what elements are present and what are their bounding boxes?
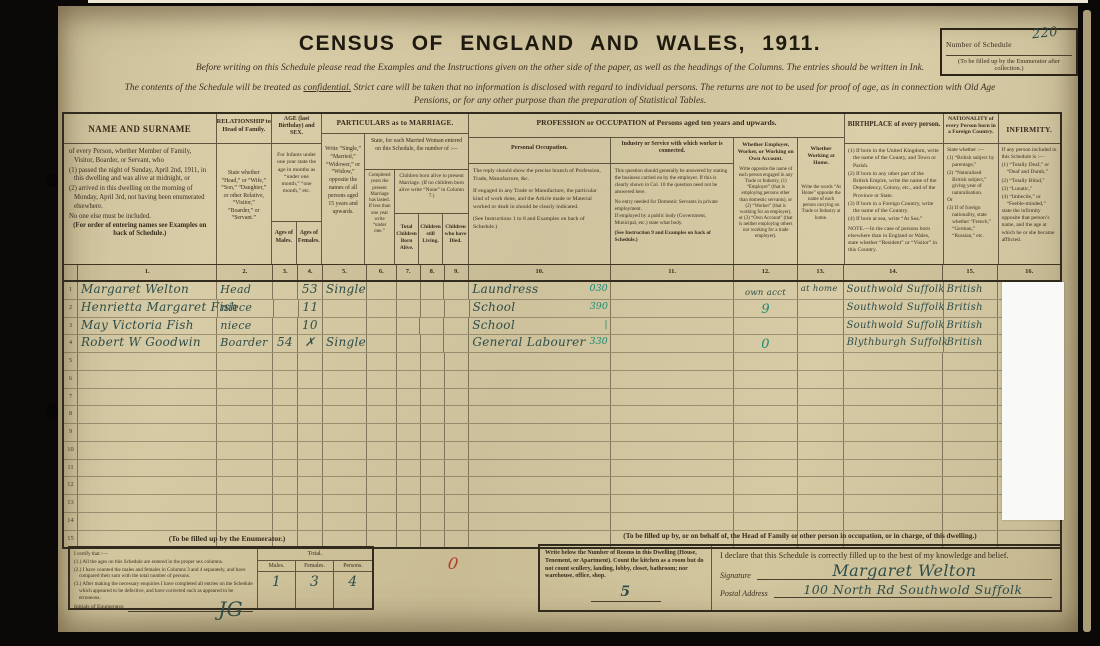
occupation-cell [469,371,610,388]
marriage-cell [323,460,367,477]
profession-group-body: Personal Occupation. The reply should sh… [469,138,844,264]
name-cell [78,389,217,406]
row-number: 13 [64,495,78,512]
rooms-value: 5 [591,583,661,602]
marriage-cell [323,424,367,441]
industry-cell [611,495,734,512]
children-living-cell [421,460,445,477]
children-born-cell [397,353,421,370]
birthplace-title: BIRTHPLACE of every person. [845,114,943,144]
name-cell [78,353,217,370]
table-row: 4 Robert W Goodwin Boarder 54 ✗ Single G… [64,335,1060,353]
relationship-cell [217,371,273,388]
column-number: 7. [397,265,421,280]
at-home-cell [798,371,844,388]
marriage-years-cell [367,389,397,406]
certify-intro: I certify that :— [74,551,253,558]
infirmity-item4: (4) “Imbecile,” or “Feeble-minded,” [1002,194,1057,208]
birthplace-cell: Southwold Suffolk [844,300,944,317]
name-column-desc: of every Person, whether Member of Famil… [64,144,216,264]
age-male-cell [273,318,298,335]
birthplace-cell [844,371,944,388]
children-died-cell [445,371,470,388]
children-living-cell [421,282,445,299]
employer-cell: own acct [734,282,798,299]
name-cell [78,477,217,494]
age-male-cell [273,477,298,494]
age-female-cell: 10 [298,318,323,335]
row-number: 10 [64,442,78,459]
children-born-cell [397,513,421,530]
relationship-cell [217,353,273,370]
marriage-right-group: State, for each Married Woman entered on… [365,134,468,264]
occupation-code: | [604,318,607,335]
age-sex-subcolumns: Ages of Males. Ages of Females. [272,222,321,264]
employer-cell [734,389,798,406]
confidential-underlined: confidential. [303,83,351,93]
name-cell [78,495,217,512]
birthplace-item1: (1) If born in the United Kingdom, write… [848,148,940,170]
persons-label: Persons. [334,561,372,572]
relationship-cell [217,513,273,530]
age-female-cell [298,442,323,459]
industry-desc-3: If employed by a public body (Government… [615,213,730,227]
age-column-desc: For Infants under one year state the age… [272,144,321,222]
relationship-column-title: RELATIONSHIP to Head of Family. [217,114,271,144]
age-male-cell [273,353,298,370]
employer-mark: 9 [761,302,769,317]
at-home-cell [798,406,844,423]
employer-cell [734,460,798,477]
age-female-cell [298,424,323,441]
employer-cell [734,442,798,459]
relationship-column-header: RELATIONSHIP to Head of Family. State wh… [217,114,272,264]
name-cell [78,406,217,423]
marriage-cell [323,477,367,494]
employer-cell [734,353,798,370]
industry-cell [611,477,734,494]
nationality-item2: (2) “Naturalised British subject,” givin… [947,170,994,198]
children-died-label: Children who have Died. [443,214,468,264]
at-home-cell [798,353,844,370]
industry-desc-2: No entry needed for Domestic Servants in… [615,199,730,213]
industry-title: Industry or Service with which worker is… [611,138,734,164]
occupation-cell [469,477,610,494]
infirmity-item2: (2) “Totally Blind,” [1002,178,1057,185]
row-number: 6 [64,371,78,388]
children-living-cell [421,495,445,512]
marriage-cell [323,513,367,530]
signature-rule: Margaret Welton [757,563,1052,580]
children-died-cell [445,513,470,530]
children-group-desc: Children born alive to present Marriage.… [395,170,468,214]
birthplace-cell: Blythburgh Suffolk [844,335,944,352]
age-male-cell: 54 [273,335,298,352]
table-row: 8 [64,406,1060,424]
employer-title: Whether Employer, Worker, or Working on … [737,142,794,163]
totals-labels: Males. Females. Persons. [258,561,372,572]
nationality-column-header: NATIONALITY of every Person born in a Fo… [944,114,998,264]
marriage-subcolumns: Completed years the present Marriage has… [365,170,468,264]
birthplace-cell [844,513,944,530]
persons-total: 4 [334,572,372,608]
infirmity-title: INFIRMITY. [999,114,1060,144]
occupation-cell [469,460,610,477]
at-home-desc: Write the words “At Home” opposite the n… [801,171,841,222]
age-female-cell [298,477,323,494]
industry-cell [611,335,734,352]
at-home-cell [798,513,844,530]
column-number: 3. [273,265,298,280]
totals-table: Total. Males. Females. Persons. 1 3 4 [258,548,372,608]
age-male-cell [273,442,298,459]
birthplace-cell [844,442,944,459]
table-row: 13 [64,495,1060,513]
at-home-cell [798,460,844,477]
nationality-cell [943,389,998,406]
at-home-cell: at home [798,282,844,299]
at-home-cell [798,389,844,406]
marriage-years-label: Completed years the present Marriage has… [365,170,395,264]
column-number: 11. [611,265,735,280]
marriage-group-title: PARTICULARS as to MARRIAGE. [322,114,468,134]
children-born-cell [397,495,421,512]
rooms-text: Write below the Number of Rooms in this … [545,550,704,579]
table-row: 10 [64,442,1060,460]
children-living-cell [421,531,445,548]
industry-cell [611,318,734,335]
marriage-years-cell [367,282,397,299]
marriage-single-desc: Write “Single,” “Married,” “Widower,” or… [322,134,365,264]
age-male-cell [273,513,298,530]
marriage-cell [323,442,367,459]
initials-label: Initials of Enumerator. [74,604,125,611]
census-form-page: 220 Number of Schedule (To be filled up … [58,6,1078,632]
employer-cell [734,513,798,530]
at-home-header: Whether Working at Home. Write the words… [798,138,844,264]
industry-cell [611,282,734,299]
relationship-cell [217,477,273,494]
column-number: 5. [323,265,367,280]
age-male-cell [273,495,298,512]
row-number: 11 [64,460,78,477]
employer-mark: 0 [761,337,769,352]
declaration-text: I declare that this Schedule is correctl… [720,551,1052,560]
industry-cell [611,389,734,406]
signature-row: Signature Margaret Welton [720,563,1052,580]
intro-line-1: Before writing on this Schedule please r… [88,63,1032,73]
children-born-cell [397,389,421,406]
married-woman-desc: State, for each Married Woman entered on… [365,134,468,170]
age-female-cell [298,353,323,370]
nationality-cell: British [944,318,999,335]
name-desc-intro: of every Person, whether Member of Famil… [69,148,211,166]
nationality-item3: (3) If of foreign nationality, state whe… [947,205,994,239]
birthplace-column-header: BIRTHPLACE of every person. (1) If born … [845,114,944,264]
occupation-code: 330 [590,335,608,352]
industry-desc: This question should generally be answer… [611,164,734,248]
females-total: 3 [296,572,334,608]
industry-cell [611,371,734,388]
enumerator-initials: JG [218,596,243,622]
row-number: 9 [64,424,78,441]
children-living-cell [421,424,445,441]
redaction-overlay [1002,282,1064,520]
birthplace-cell: Southwold Suffolk [844,282,944,299]
at-home-cell [798,424,844,441]
employer-cell [734,406,798,423]
employer-text: own acct [745,288,786,298]
employer-desc: Write opposite the name of each person e… [737,167,794,241]
children-born-cell [397,460,421,477]
infirmity-item1: (1) “Totally Deaf,” or “Deaf and Dumb,” [1002,162,1057,176]
birthplace-cell [844,477,944,494]
employer-header: Whether Employer, Worker, or Working on … [734,138,798,264]
birthplace-cell [844,460,944,477]
nationality-cell [943,424,998,441]
children-living-cell [421,442,445,459]
birthplace-item3: (3) If born in a Foreign Country, write … [848,201,940,216]
at-home-cell [798,335,844,352]
table-row: 5 [64,353,1060,371]
birthplace-cell [844,406,944,423]
column-number: 2. [217,265,273,280]
census-rows: 1 Margaret Welton Head 53 Single Laundre… [64,282,1060,547]
column-number: 9. [445,265,470,280]
children-died-cell [445,424,470,441]
name-cell: Henrietta Margaret Fish [78,300,218,317]
children-born-cell [397,335,421,352]
children-living-cell [421,477,445,494]
infirmity-intro: If any person included in this Schedule … [1002,147,1057,161]
nationality-title: NATIONALITY of every Person born in a Fo… [944,114,997,144]
infirmity-column-header: INFIRMITY. If any person included in thi… [999,114,1060,264]
age-male-cell [273,460,298,477]
signature-value: Margaret Welton [832,561,976,580]
nationality-cell [943,406,998,423]
row-number: 4 [64,335,78,352]
children-living-cell [421,353,445,370]
relationship-cell [217,442,273,459]
rooms-box: Write below the Number of Rooms in this … [540,546,712,610]
occupation-cell [469,442,610,459]
children-living-cell [421,371,445,388]
nationality-cell [943,460,998,477]
age-male-cell [273,424,298,441]
employer-cell [734,424,798,441]
column-number: 8. [421,265,445,280]
name-cell [78,371,217,388]
children-born-label: Total Children Born Alive. [395,214,419,264]
marriage-cell [323,300,367,317]
name-cell: Margaret Welton [78,282,217,299]
nationality-cell [943,442,998,459]
age-female-cell: ✗ [298,335,323,352]
occupation-cell: School| [469,318,610,335]
table-row: 6 [64,371,1060,389]
industry-cell [611,513,734,530]
enumerator-section-header: (To be filled up by the Enumerator.) [62,534,392,543]
name-column-title: NAME AND SURNAME [64,114,216,144]
column-number: 15. [943,265,998,280]
children-died-cell [444,335,469,352]
personal-occupation-desc: The reply should show the precise branch… [469,164,610,236]
census-scan: 220 Number of Schedule (To be filled up … [0,0,1100,646]
occupation-cell [469,495,610,512]
row-number: 2 [64,300,78,317]
head-section-header: (To be filled up by, or on behalf of, th… [536,532,1064,540]
column-number-row: 1. 2. 3. 4. 5. 6. 7. 8. 9. 10. 11. 12. 1… [64,265,1060,282]
marriage-years-cell [367,318,397,335]
age-female-cell [298,495,323,512]
children-died-cell [445,460,470,477]
infirmity-item3: (3) “Lunatic,” [1002,186,1057,193]
children-born-cell [397,300,421,317]
intro-line-2: The contents of the Schedule will be tre… [118,82,1002,108]
nationality-cell [943,353,998,370]
industry-desc-4: (See Instruction 9 and Examples on back … [615,230,730,244]
declaration-area: I declare that this Schedule is correctl… [712,546,1060,610]
name-cell [78,460,217,477]
marriage-cell [323,318,367,335]
birthplace-desc: (1) If born in the United Kingdom, write… [845,144,943,264]
children-group: Children born alive to present Marriage.… [395,170,468,264]
postal-address-rule: 100 North Rd Southwold Suffolk [774,583,1052,598]
children-born-cell [397,318,421,335]
age-male-cell [273,371,298,388]
children-living-cell [421,335,445,352]
relationship-cell [217,495,273,512]
age-female-cell: 11 [299,300,324,317]
industry-cell [611,353,734,370]
marriage-column-header: PARTICULARS as to MARRIAGE. Write “Singl… [322,114,469,264]
relationship-cell: niece [218,300,274,317]
children-living-cell [421,513,445,530]
industry-cell [611,406,734,423]
birthplace-item4: (4) If born at sea, write “At Sea.” [848,216,940,223]
occupation-text: General Labourer [472,335,585,352]
nationality-cell: British [944,300,999,317]
birthplace-cell [844,495,944,512]
personal-occupation-title: Personal Occupation. [469,138,610,164]
table-header: NAME AND SURNAME of every Person, whethe… [64,114,1060,265]
column-number: 4. [298,265,323,280]
name-column-header: NAME AND SURNAME of every Person, whethe… [64,114,217,264]
column-number: 1. [78,265,217,280]
marriage-group-body: Write “Single,” “Married,” “Widower,” or… [322,134,468,264]
nationality-intro: State whether :— [947,147,994,154]
children-died-cell [445,477,470,494]
row-number: 5 [64,353,78,370]
at-home-title: Whether Working at Home. [801,142,841,167]
industry-desc-1: This question should generally be answer… [615,168,730,196]
totals-values: 1 3 4 [258,572,372,608]
age-female-cell [298,460,323,477]
at-home-cell [798,300,844,317]
relationship-cell: Boarder [217,335,273,352]
children-living-cell [421,389,445,406]
name-cell: Robert W Goodwin [78,335,217,352]
nationality-cell: British [944,335,999,352]
employer-cell [734,477,798,494]
occupation-cell [469,424,610,441]
personal-desc-3: (See Instructions 1 to 8 and Examples on… [473,216,606,231]
children-born-cell [397,424,421,441]
nationality-or: Or [947,197,994,204]
name-desc-note2: (For order of entering names see Example… [69,222,211,240]
relationship-column-desc: State whether “Head,” or “Wife,” “Son,” … [217,144,271,264]
occupation-cell: General Labourer330 [469,335,610,352]
profession-group-title: PROFESSION or OCCUPATION of Persons aged… [469,114,844,138]
certify-text: I certify that :— (1.) All the ages on t… [70,548,258,608]
relationship-cell [217,389,273,406]
birthplace-item2: (2) If born in any other part of the Bri… [848,171,940,200]
occupation-text: School [472,318,515,335]
marriage-years-cell [367,424,397,441]
marriage-years-cell [367,335,397,352]
table-row: 14 [64,513,1060,531]
name-desc-item2: (2) arrived in this dwelling on the morn… [69,185,211,211]
children-died-cell [445,442,470,459]
marriage-cell [323,495,367,512]
column-number: 6. [367,265,397,280]
age-male-cell [273,389,298,406]
total-label: Total. [258,548,372,561]
birthplace-cell [844,389,944,406]
children-born-cell [397,282,421,299]
marriage-years-cell [367,513,397,530]
children-born-cell [397,531,421,548]
census-table: NAME AND SURNAME of every Person, whethe… [62,112,1062,549]
table-row: 7 [64,389,1060,407]
signature-label: Signature [720,571,751,580]
marriage-cell: Single [323,335,367,352]
scan-edge [88,0,1088,3]
birthplace-cell: Southwold Suffolk [844,318,944,335]
age-male-cell [273,406,298,423]
children-born-cell [397,371,421,388]
marriage-years-cell [367,495,397,512]
children-died-cell [445,495,470,512]
birthplace-cell [844,353,944,370]
certify-1: (1.) All the ages on this Schedule are e… [74,559,253,566]
marriage-years-cell [367,371,397,388]
birthplace-cell [844,424,944,441]
at-home-cell [798,477,844,494]
infirmity-outro: state the infirmity opposite that person… [1002,208,1057,244]
table-row: 2 Henrietta Margaret Fish niece 11 Schoo… [64,300,1060,318]
at-home-cell [798,318,844,335]
row-number: 1 [64,282,78,299]
nationality-desc: State whether :— (1) “British subject by… [944,144,997,264]
age-male-cell [274,300,299,317]
birthplace-note: NOTE.—In the case of persons born elsewh… [848,226,940,255]
marriage-cell [323,371,367,388]
children-died-cell [445,353,470,370]
occupation-cell [469,513,610,530]
occupation-cell [469,353,610,370]
males-label: Males. [258,561,296,572]
certify-2: (2.) I have counted the males and female… [74,567,253,581]
row-number: 8 [64,406,78,423]
relationship-cell: niece [217,318,273,335]
column-number: 14. [844,265,944,280]
name-desc-item1: (1) passed the night of Sunday, April 2n… [69,167,211,185]
at-home-cell [798,442,844,459]
postal-address-value: 100 North Rd Southwold Suffolk [803,582,1022,597]
head-declaration-box: Write below the Number of Rooms in this … [538,544,1062,612]
personal-desc-1: The reply should show the precise branch… [473,168,606,183]
